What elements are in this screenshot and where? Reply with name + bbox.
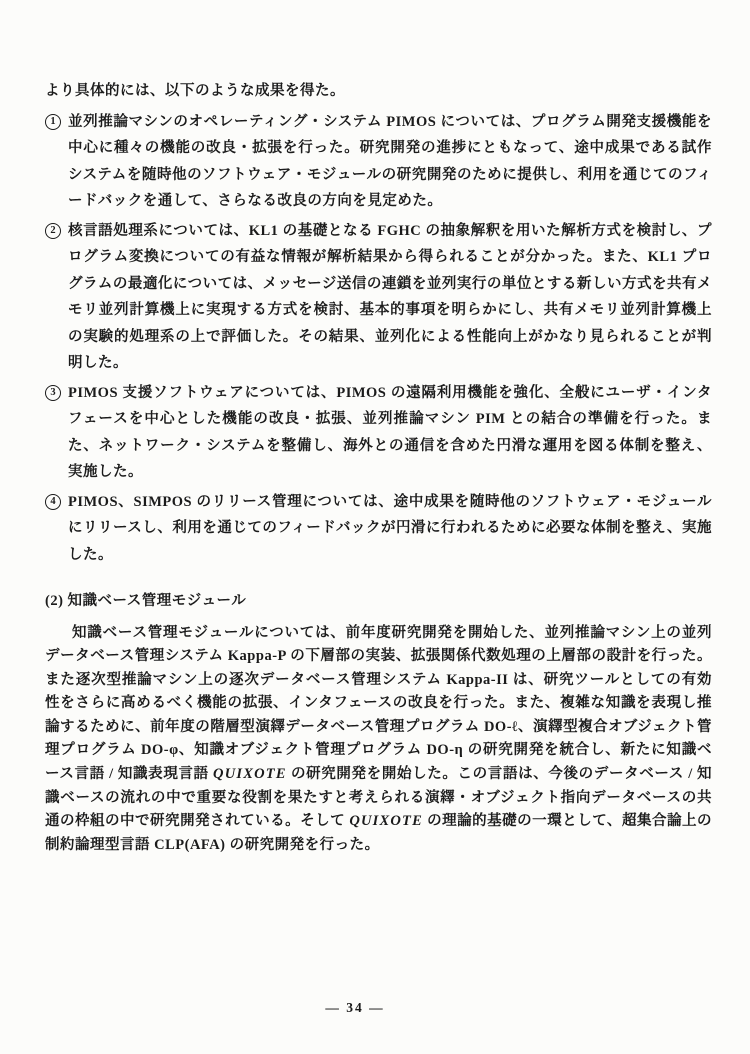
circled-number-marker: 3 bbox=[45, 385, 61, 401]
body-text-segment: 知識ベース管理モジュールについては、前年度研究開発を開始した、並列推論マシン上の… bbox=[45, 625, 712, 783]
quixote-language-name: QUIXOTE bbox=[213, 766, 287, 782]
quixote-language-name: QUIXOTE bbox=[349, 813, 423, 829]
numbered-item: 3 PIMOS 支援ソフトウェアについては、PIMOS の遠隔利用機能を強化、全… bbox=[45, 380, 712, 486]
circled-number-marker: 1 bbox=[45, 114, 61, 130]
scanned-document-page: より具体的には、以下のような成果を得た。 1 並列推論マシンのオペレーティング・… bbox=[0, 0, 750, 1054]
numbered-item-list: 1 並列推論マシンのオペレーティング・システム PIMOS については、プログラ… bbox=[45, 109, 712, 569]
page-content: より具体的には、以下のような成果を得た。 1 並列推論マシンのオペレーティング・… bbox=[0, 0, 750, 857]
circled-number-marker: 4 bbox=[45, 494, 61, 510]
intro-paragraph: より具体的には、以下のような成果を得た。 bbox=[45, 78, 712, 105]
numbered-item: 2 核言語処理系については、KL1 の基礎となる FGHC の抽象解釈を用いた解… bbox=[45, 218, 712, 377]
item-text: PIMOS 支援ソフトウェアについては、PIMOS の遠隔利用機能を強化、全般に… bbox=[68, 385, 712, 481]
item-text: 並列推論マシンのオペレーティング・システム PIMOS については、プログラム開… bbox=[68, 114, 712, 210]
section-body-paragraph: 知識ベース管理モジュールについては、前年度研究開発を開始した、並列推論マシン上の… bbox=[45, 622, 712, 858]
section-heading: (2) 知識ベース管理モジュール bbox=[45, 588, 712, 615]
item-text: 核言語処理系については、KL1 の基礎となる FGHC の抽象解釈を用いた解析方… bbox=[68, 223, 712, 372]
circled-number-marker: 2 bbox=[45, 223, 61, 239]
numbered-item: 4 PIMOS、SIMPOS のリリース管理については、途中成果を随時他のソフト… bbox=[45, 489, 712, 569]
item-text: PIMOS、SIMPOS のリリース管理については、途中成果を随時他のソフトウェ… bbox=[68, 494, 712, 563]
numbered-item: 1 並列推論マシンのオペレーティング・システム PIMOS については、プログラ… bbox=[45, 109, 712, 215]
page-number: — 34 — bbox=[15, 1000, 695, 1016]
